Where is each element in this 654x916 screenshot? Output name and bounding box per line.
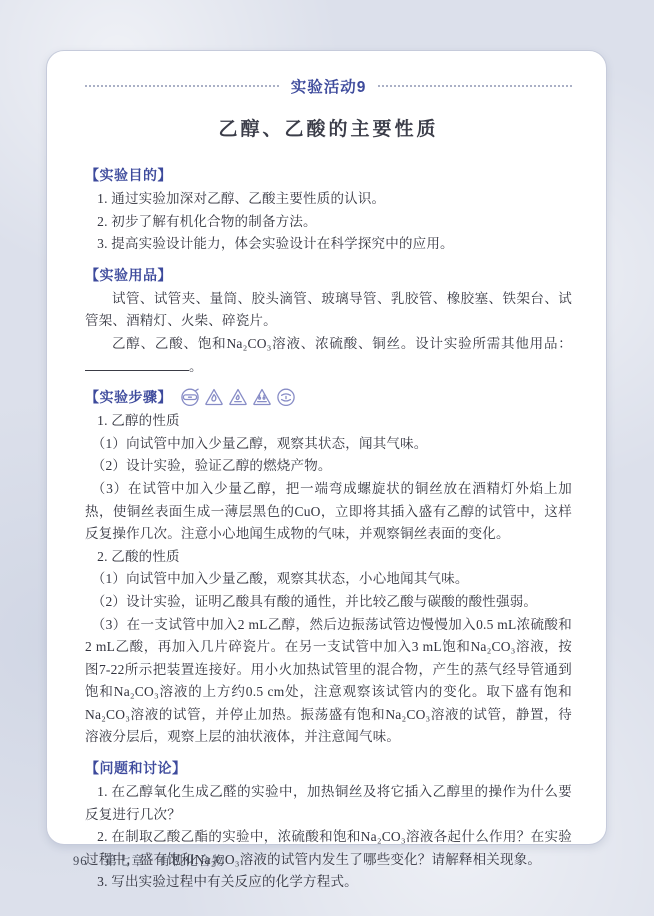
section-heading-discussion: 【问题和讨论】 [85, 758, 572, 778]
section-heading-supplies: 【实验用品】 [85, 265, 572, 285]
step-item: （3）在试管中加入少量乙醇，把一端弯成螺旋状的铜丝放在酒精灯外焰上加热，使铜丝表… [85, 478, 572, 546]
step-item: （1）向试管中加入少量乙酸，观察其状态，小心地闻其气味。 [85, 568, 572, 591]
purpose-item: 2. 初步了解有机化合物的制备方法。 [85, 211, 572, 234]
textbook-page-card: 实验活动9 乙醇、乙酸的主要性质 【实验目的】 1. 通过实验加深对乙醇、乙酸主… [46, 50, 607, 845]
page-title: 乙醇、乙酸的主要性质 [85, 114, 572, 141]
step-item: （1）向试管中加入少量乙醇，观察其状态，闻其气味。 [85, 433, 572, 456]
supplies-paragraph: 乙醇、乙酸、饱和Na₂CO₃溶液、浓硫酸、铜丝。设计实验所需其他用品：。 [85, 333, 572, 378]
section-heading-steps: 【实验步骤】 [85, 387, 172, 407]
purpose-item: 3. 提高实验设计能力，体会实验设计在科学探究中的应用。 [85, 233, 572, 256]
step-item: （3）在一支试管中加入2 mL乙醇，然后边振荡试管边慢慢加入0.5 mL浓硫酸和… [85, 614, 572, 750]
supplies-text-end: 。 [189, 359, 203, 374]
wash-hands-icon [276, 387, 296, 407]
safety-icon-strip [180, 387, 296, 407]
step-item: 2. 乙酸的性质 [85, 546, 572, 569]
section-heading-steps-row: 【实验步骤】 [85, 387, 572, 407]
corrosive-warning-icon [252, 387, 272, 407]
header-rule-left [85, 85, 279, 87]
section-heading-purpose: 【实验目的】 [85, 165, 572, 185]
book-label: 有机化合物 [158, 851, 226, 869]
page-footer: 96 第七章 有机化合物 [73, 851, 226, 869]
discussion-item: 3. 写出实验过程中有关反应的化学方程式。 [85, 871, 572, 894]
purpose-item: 1. 通过实验加深对乙醇、乙酸主要性质的认识。 [85, 188, 572, 211]
supplies-paragraph: 试管、试管夹、量筒、胶头滴管、玻璃导管、乳胶管、橡胶塞、铁架台、试管架、酒精灯、… [85, 288, 572, 333]
step-item: （2）设计实验，验证乙醇的燃烧产物。 [85, 455, 572, 478]
page-background: 实验活动9 乙醇、乙酸的主要性质 【实验目的】 1. 通过实验加深对乙醇、乙酸主… [0, 0, 654, 916]
step-item: 1. 乙醇的性质 [85, 410, 572, 433]
header-rule-right [378, 85, 572, 87]
discussion-item: 1. 在乙醇氧化生成乙醛的实验中，加热铜丝及将它插入乙醇里的操作为什么要反复进行… [85, 781, 572, 826]
supplies-text: 乙醇、乙酸、饱和Na₂CO₃溶液、浓硫酸、铜丝。设计实验所需其他用品： [112, 336, 572, 351]
activity-header: 实验活动9 [85, 75, 572, 97]
goggles-icon [180, 387, 200, 407]
activity-label: 实验活动9 [291, 75, 367, 97]
flame-warning-icon [204, 387, 224, 407]
chapter-label: 第七章 [105, 851, 146, 869]
step-item: （2）设计实验，证明乙酸具有酸的通性，并比较乙酸与碳酸的酸性强弱。 [85, 591, 572, 614]
hot-surface-warning-icon [228, 387, 248, 407]
fill-in-blank-line [85, 358, 189, 371]
page-number: 96 [73, 854, 88, 869]
